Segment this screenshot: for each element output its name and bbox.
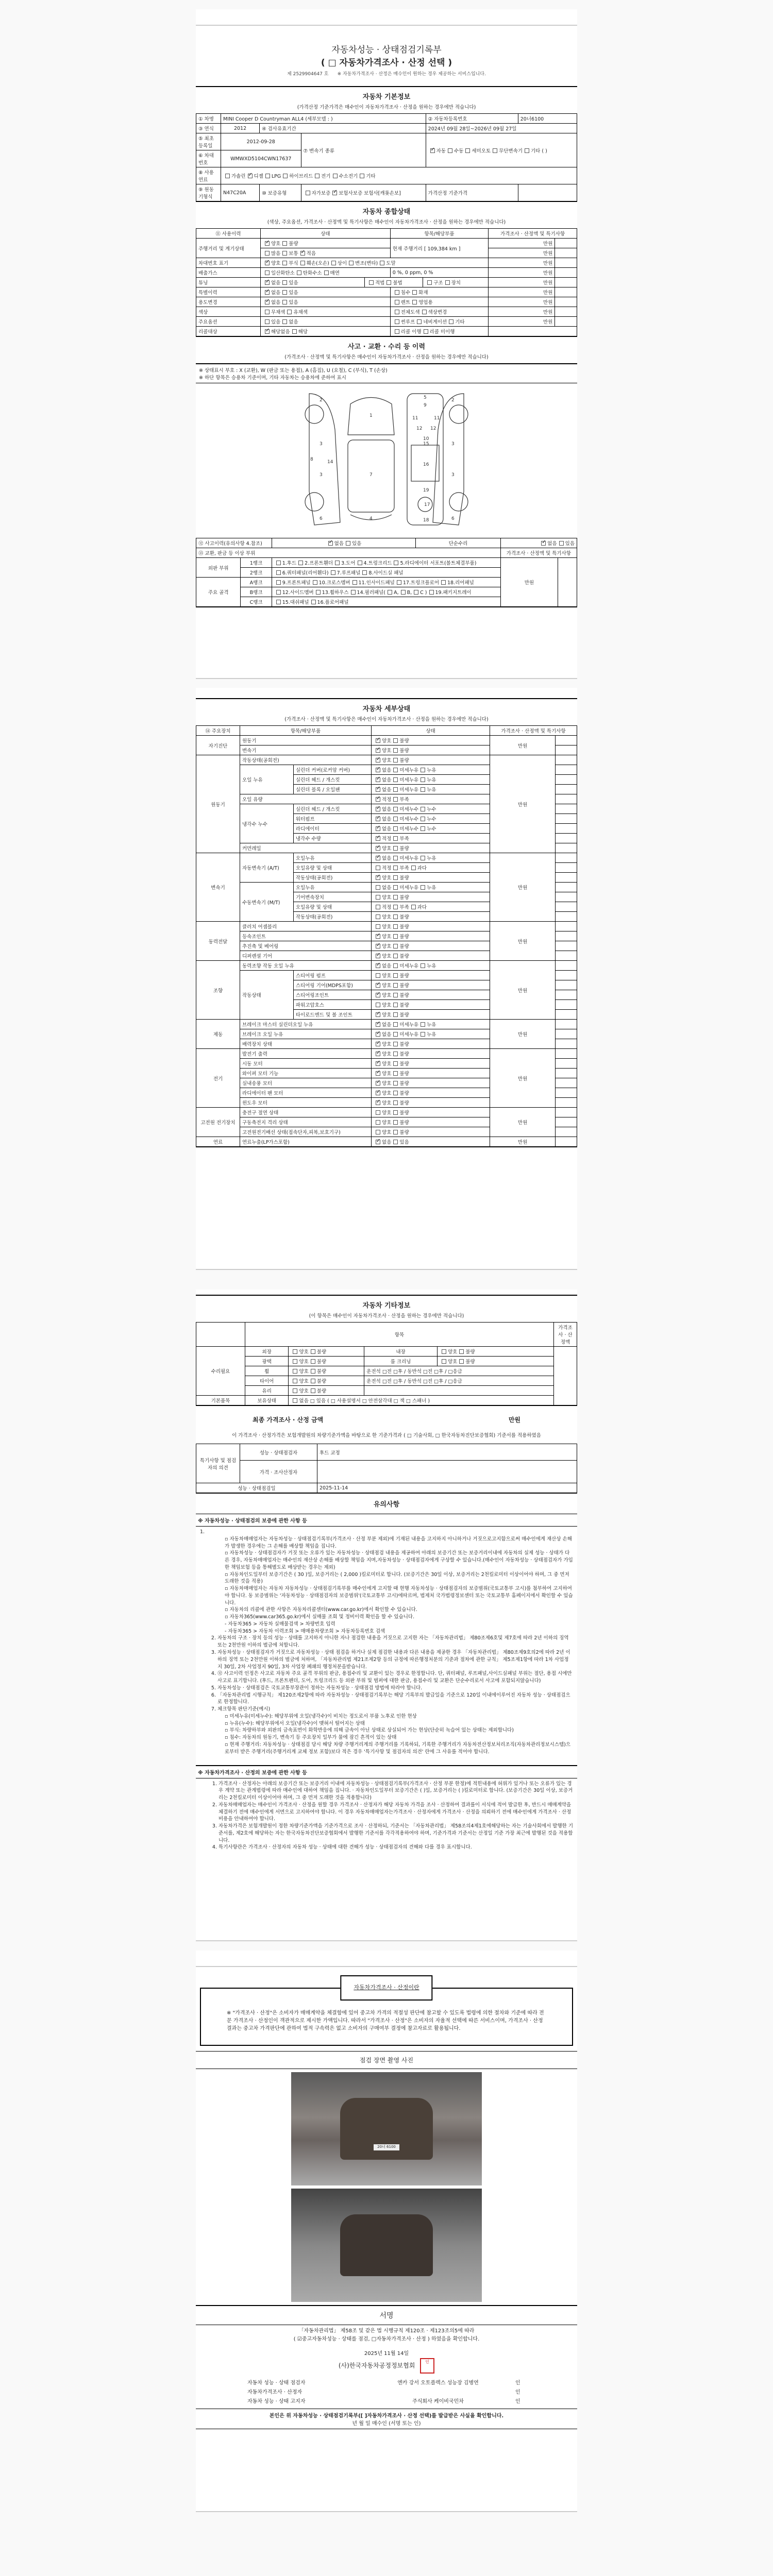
checkbox[interactable] — [331, 261, 336, 265]
price-note — [556, 736, 577, 745]
option-label: 불량 — [465, 1359, 475, 1365]
checkbox[interactable] — [352, 580, 357, 585]
checkbox[interactable] — [282, 290, 287, 295]
table-row: 전기발전기 출력양호불량만원 — [196, 1049, 577, 1059]
checkbox[interactable] — [311, 1349, 315, 1354]
checkbox[interactable] — [282, 319, 287, 324]
option-label: 장치 — [451, 280, 461, 286]
checkbox[interactable] — [376, 895, 380, 900]
checkbox-checked[interactable] — [541, 541, 546, 546]
checkbox-checked[interactable] — [376, 758, 380, 762]
checkbox[interactable] — [393, 983, 398, 988]
checkbox[interactable] — [293, 1398, 297, 1403]
option-label: 부식 — [289, 261, 298, 266]
checkbox-checked[interactable] — [376, 846, 380, 851]
cell: 양호불량 — [372, 1069, 490, 1078]
price-note — [556, 853, 577, 863]
list-item: 자동차매매업자는 매수인이 가격조사 · 산정을 원할 경우 가격조사 · 산정… — [219, 1802, 573, 1823]
checkbox[interactable] — [393, 1042, 398, 1046]
checkbox[interactable] — [393, 1032, 398, 1037]
caution-item-1-bullets: 자동차매매업자는 자동차성능 · 상태점검기록부(가격조사 · 산정 부분 제외… — [215, 1536, 573, 1635]
checkbox[interactable] — [351, 590, 356, 595]
final-price-label: 최종 가격조사 · 산정 금액 — [253, 1415, 323, 1424]
checkbox[interactable] — [421, 768, 425, 772]
checkbox[interactable] — [282, 261, 287, 265]
status-symbol-note: ※ 상태표시 부호 : X (교환), W (판금 또는 용접), A (흠집)… — [199, 366, 574, 374]
checkbox[interactable] — [315, 174, 320, 178]
checkbox[interactable] — [293, 1349, 297, 1354]
checkbox[interactable] — [395, 329, 399, 334]
item-label: 동력조향 작동 오일 누유 — [240, 961, 372, 971]
accident-sub: (가격조사 · 산정액 및 특기사항은 매수인이 자동차가격조사 · 산정을 원… — [196, 351, 577, 363]
group-label: 연료 — [196, 1137, 240, 1147]
detail-header: 가격조사 · 산정액 및 특기사항 — [490, 726, 577, 736]
checkbox[interactable] — [393, 738, 398, 743]
checkbox[interactable] — [276, 570, 281, 575]
checkbox[interactable] — [292, 329, 297, 334]
checkbox-checked[interactable] — [376, 1032, 380, 1037]
checkbox-checked[interactable] — [376, 983, 380, 988]
checkbox-checked[interactable] — [376, 738, 380, 743]
list-item: 자동차인도일부터 보증기간은 ( 30 )일, 보증거리는 ( 2,000 )킬… — [225, 1571, 573, 1586]
checkbox[interactable] — [393, 1012, 398, 1017]
checkbox[interactable] — [311, 1359, 315, 1364]
cell: 없음미세누유누유 — [372, 853, 490, 863]
cell: 없음있음 — [372, 1137, 490, 1147]
checkbox-checked[interactable] — [265, 300, 270, 304]
checkbox[interactable] — [414, 590, 418, 595]
checkbox[interactable] — [313, 580, 317, 585]
checkbox[interactable] — [293, 1369, 297, 1374]
checkbox-checked[interactable] — [265, 241, 270, 246]
checkbox-checked[interactable] — [376, 944, 380, 948]
checkbox[interactable] — [311, 600, 316, 604]
checkbox-checked[interactable] — [376, 954, 380, 958]
cell: 양호불량 — [289, 1347, 364, 1357]
checkbox[interactable] — [427, 280, 432, 285]
checkbox[interactable] — [362, 570, 367, 575]
table-row: 리콜대상해당없음해당리콜 이행리콜 미이행 — [196, 327, 577, 337]
outer-panel-label: 외판 부위 — [196, 558, 241, 578]
cell: 적정부족 — [372, 834, 490, 843]
checkbox[interactable] — [421, 817, 425, 821]
checkbox[interactable] — [393, 797, 398, 802]
price-unit: 만원 — [490, 736, 556, 755]
cell: 양호불량 — [372, 1117, 490, 1127]
checkbox[interactable] — [393, 758, 398, 762]
checkbox-checked[interactable] — [430, 148, 435, 153]
checkbox-checked[interactable] — [376, 1100, 380, 1105]
checkbox-checked[interactable] — [376, 993, 380, 997]
item-label: 와이퍼 모터 기능 — [240, 1069, 372, 1078]
checkbox-checked[interactable] — [376, 1042, 380, 1046]
checkbox[interactable] — [393, 905, 398, 909]
checkbox-checked[interactable] — [376, 1071, 380, 1076]
checkbox[interactable] — [358, 561, 362, 565]
checkbox[interactable] — [393, 1022, 398, 1027]
remarks-label: 특기사항 및 점검자의 의견 — [196, 1444, 240, 1483]
checkbox[interactable] — [393, 993, 398, 997]
checkbox[interactable] — [265, 174, 270, 178]
option-label: 14.필러패널( — [357, 590, 386, 596]
checkbox[interactable] — [376, 1003, 380, 1007]
checkbox[interactable] — [442, 1349, 446, 1354]
option-label: 보험사보증 보험사[캐롯손보] — [339, 191, 401, 196]
checkbox[interactable] — [324, 270, 329, 275]
sub-item-label: 오일유량 및 상태 — [293, 902, 371, 912]
checkbox[interactable] — [311, 1379, 315, 1383]
checkbox-checked[interactable] — [376, 934, 380, 939]
checkbox[interactable] — [448, 148, 452, 153]
item-label: 커먼레일 — [240, 843, 372, 853]
checkbox[interactable] — [393, 1071, 398, 1076]
item-label: 휠 — [245, 1366, 289, 1376]
option-label: 많음 — [271, 251, 280, 257]
base-price-label: 가격산정 기준가격 — [426, 184, 518, 202]
price-note — [556, 1059, 577, 1069]
option-label: 미세누수 — [399, 817, 418, 822]
checkbox[interactable] — [393, 1003, 398, 1007]
option-label: 양호 — [271, 241, 280, 247]
overall-header: 상태 — [260, 229, 390, 239]
checkbox[interactable] — [421, 826, 425, 831]
option-label: 불량 — [399, 954, 409, 959]
basic-info-title: 자동차 기본정보 — [196, 86, 577, 101]
checkbox[interactable] — [293, 1379, 297, 1383]
checkbox[interactable] — [376, 905, 380, 909]
option-label: 1.후드 — [282, 561, 296, 566]
checkbox[interactable] — [411, 905, 416, 909]
checkbox[interactable] — [393, 866, 398, 870]
checkbox-checked[interactable] — [265, 280, 270, 285]
checkbox[interactable] — [421, 963, 425, 968]
option-label: 양호 — [382, 1081, 391, 1087]
price-unit: 만원 — [490, 1020, 556, 1049]
checkbox-checked[interactable] — [376, 817, 380, 821]
option-label: 해당없음 — [271, 329, 290, 335]
cell: 양호불량 — [372, 951, 490, 961]
checkbox[interactable] — [395, 300, 399, 304]
checkbox[interactable] — [282, 300, 287, 304]
checkbox[interactable] — [429, 590, 434, 595]
option-label: 불량 — [399, 973, 409, 979]
checkbox[interactable] — [276, 580, 281, 585]
checkbox[interactable] — [393, 1100, 398, 1105]
checkbox[interactable] — [393, 934, 398, 939]
checkbox[interactable] — [421, 1022, 425, 1027]
cell: 양호불량 — [289, 1376, 364, 1386]
checkbox[interactable] — [282, 241, 287, 246]
checkbox[interactable] — [265, 251, 270, 256]
option-label: 15.대쉬패널 — [282, 600, 309, 605]
checkbox[interactable] — [421, 885, 425, 890]
option-label: 양호 — [382, 895, 391, 901]
option-label: 누유 — [427, 963, 436, 969]
checkbox[interactable] — [393, 914, 398, 919]
checkbox[interactable] — [393, 846, 398, 851]
checkbox[interactable] — [422, 310, 427, 314]
option-label: 불량 — [399, 738, 409, 744]
item-label: 내장 — [364, 1347, 438, 1357]
checkbox[interactable] — [493, 148, 497, 153]
signer-role: 자동차 성능 · 상태 점검자 — [247, 2379, 361, 2388]
option-label: 유채색 — [293, 310, 308, 315]
checkbox[interactable] — [449, 319, 453, 324]
checkbox[interactable] — [369, 280, 374, 285]
checkbox-checked[interactable] — [328, 541, 333, 546]
checkbox-checked[interactable] — [376, 748, 380, 753]
checkbox[interactable] — [376, 885, 380, 890]
checkbox-checked[interactable] — [376, 797, 380, 802]
option-label: 불량 — [399, 758, 409, 764]
checkbox[interactable] — [376, 973, 380, 978]
checkbox[interactable] — [395, 310, 399, 314]
checkbox-checked[interactable] — [265, 261, 270, 265]
checkbox[interactable] — [297, 270, 301, 275]
checkbox[interactable] — [395, 290, 399, 295]
rank-label: 2랭크 — [241, 568, 272, 578]
checkbox[interactable] — [282, 280, 287, 285]
checkbox-checked[interactable] — [376, 875, 380, 880]
sub-item-label: 오일누유 — [293, 883, 371, 892]
checkbox[interactable] — [441, 580, 446, 585]
checkbox[interactable] — [376, 914, 380, 919]
cell — [364, 1386, 554, 1396]
option-label: 있음 — [289, 280, 298, 286]
checkbox[interactable] — [265, 319, 270, 324]
checkbox-checked[interactable] — [376, 807, 380, 811]
option-label: 11.인사이드패널 — [359, 580, 395, 586]
checkbox[interactable] — [393, 944, 398, 948]
checkbox[interactable] — [225, 174, 230, 178]
checkbox-checked[interactable] — [376, 1022, 380, 1027]
checkbox-checked[interactable] — [376, 856, 380, 860]
price-unit: 만원 — [489, 268, 555, 278]
checkbox[interactable] — [287, 310, 292, 314]
checkbox[interactable] — [386, 280, 391, 285]
checkbox[interactable] — [335, 561, 340, 565]
checkbox[interactable] — [393, 1140, 398, 1144]
checkbox-checked[interactable] — [376, 1091, 380, 1095]
checkbox-checked[interactable] — [376, 1012, 380, 1017]
checkbox[interactable] — [393, 748, 398, 753]
option-label: 없음 — [382, 1022, 391, 1028]
checkbox[interactable] — [421, 807, 425, 811]
option-label: B, — [407, 590, 412, 596]
option-label: 있음 — [399, 1140, 409, 1145]
checkbox[interactable] — [393, 1081, 398, 1086]
checkbox[interactable] — [311, 1369, 315, 1374]
item-label: 변속기 — [240, 745, 372, 755]
checkbox[interactable] — [401, 590, 406, 595]
option-label: 양호 — [382, 944, 391, 950]
option-label: 불량 — [399, 914, 409, 920]
checkbox[interactable] — [393, 895, 398, 900]
checkbox[interactable] — [376, 924, 380, 929]
checkbox[interactable] — [393, 826, 398, 831]
cell: 1.후드2.프론트휀더3.도어4.트렁크리드5.라디에이터 서포트(볼트체결부품… — [272, 558, 500, 568]
checkbox[interactable] — [417, 319, 422, 324]
checkbox[interactable] — [376, 1120, 380, 1125]
checkbox-checked[interactable] — [332, 191, 337, 195]
checkbox[interactable] — [459, 1359, 464, 1364]
checkbox[interactable] — [411, 866, 416, 870]
checkbox[interactable] — [393, 963, 398, 968]
checkbox[interactable] — [412, 300, 417, 304]
checkbox[interactable] — [459, 1349, 464, 1354]
checkbox[interactable] — [293, 1388, 297, 1393]
checkbox[interactable] — [388, 590, 392, 595]
checkbox[interactable] — [393, 1061, 398, 1066]
checkbox[interactable] — [393, 954, 398, 958]
checkbox-checked[interactable] — [300, 251, 305, 256]
checkbox[interactable] — [393, 1110, 398, 1115]
basic-items-label: 기본품목 — [196, 1396, 245, 1406]
checkbox[interactable] — [393, 787, 398, 792]
item-label: 클러치 어셈블리 — [240, 922, 372, 931]
option-label: 화재 — [418, 290, 428, 296]
checkbox[interactable] — [421, 777, 425, 782]
option-label: 도말 — [386, 261, 395, 266]
checkbox[interactable] — [293, 1359, 297, 1364]
checkbox[interactable] — [282, 251, 287, 256]
cell: 없음미세누유누유 — [372, 775, 490, 785]
checkbox[interactable] — [393, 885, 398, 890]
signer-name: 엔카 강서 오토플렉스 성능장 김병연 — [361, 2379, 515, 2388]
row-label: 주행거리 및 계기상태 — [196, 239, 261, 258]
checkbox[interactable] — [393, 1120, 398, 1125]
checkbox[interactable] — [465, 148, 470, 153]
checkbox[interactable] — [311, 1388, 315, 1393]
signer-role: 자동차 성능 · 상태 고지자 — [247, 2397, 361, 2406]
checkbox[interactable] — [412, 290, 417, 295]
checkbox[interactable] — [421, 856, 425, 860]
checkbox[interactable] — [276, 590, 281, 595]
checkbox-checked[interactable] — [376, 768, 380, 772]
checkbox[interactable] — [395, 319, 399, 324]
option-label: 불량 — [399, 1100, 409, 1106]
checkbox-checked[interactable] — [376, 826, 380, 831]
checkbox[interactable] — [393, 875, 398, 880]
cell: 없음미세누유누유 — [372, 883, 490, 892]
option-label: 불량 — [399, 1081, 409, 1087]
checkbox-checked[interactable] — [265, 329, 270, 334]
checkbox[interactable] — [424, 329, 428, 334]
option-label: 양호 — [299, 1369, 308, 1375]
checkbox-checked[interactable] — [376, 1061, 380, 1066]
damaged-parts-label: ⑬ 교환, 판금 등 이상 부위 — [196, 548, 501, 558]
checkbox[interactable] — [393, 856, 398, 860]
option-label: 기타 ( ) — [531, 148, 547, 154]
checkbox[interactable] — [393, 768, 398, 772]
checkbox[interactable] — [393, 1091, 398, 1095]
price-note — [556, 1069, 577, 1078]
checkbox[interactable] — [559, 541, 564, 546]
checkbox-checked[interactable] — [376, 1052, 380, 1056]
checkbox[interactable] — [394, 561, 398, 565]
receipt-confirmation: 본인은 위 자동차성능 · 상태점검기록부([ ]자동차가격조사 · 산정 선택… — [196, 2411, 577, 2419]
list-item: 「자동차관리법 시행규칙」 제120조제2항에 따라 자동차성능 · 상태점검기… — [217, 1692, 573, 1706]
checkbox[interactable] — [442, 1359, 446, 1364]
cell: 양호불량 — [372, 1059, 490, 1069]
checkbox[interactable] — [421, 1032, 425, 1037]
option-label: 과다 — [417, 905, 427, 910]
checkbox-checked[interactable] — [376, 1081, 380, 1086]
other-header-item: 항목 — [245, 1323, 554, 1347]
cell: 해당없음해당 — [260, 327, 390, 337]
checkbox[interactable] — [445, 280, 450, 285]
checkbox[interactable] — [393, 973, 398, 978]
checkbox-checked[interactable] — [376, 836, 380, 841]
checkbox[interactable] — [298, 561, 303, 565]
option-label: 부족 — [399, 836, 409, 842]
option-label: 양호 — [382, 1110, 391, 1116]
checkbox[interactable] — [265, 270, 270, 275]
option-label: 불량 — [317, 1388, 326, 1394]
checkbox-checked[interactable] — [376, 777, 380, 782]
table-row: 주행거리 및 계기상태양호불량현재 주행거리 [ 109,384 km ]만원 — [196, 239, 577, 248]
checkbox-checked[interactable] — [376, 963, 380, 968]
checkbox[interactable] — [393, 1052, 398, 1056]
checkbox[interactable] — [421, 787, 425, 792]
base-price — [518, 184, 577, 202]
other-title: 자동차 기타정보 — [196, 1295, 577, 1310]
cell: 리콜 이행리콜 미이행 — [390, 327, 488, 337]
option-label: 미세누수 — [399, 826, 418, 832]
checkbox[interactable] — [283, 174, 288, 178]
checkbox[interactable] — [331, 570, 335, 575]
checkbox[interactable] — [376, 1130, 380, 1134]
checkbox[interactable] — [376, 866, 380, 870]
svg-text:2: 2 — [320, 398, 323, 403]
accident-notes: ※ 상태표시 부호 : X (교환), W (판금 또는 용접), A (흠집)… — [196, 363, 577, 383]
cell: 양호불량 — [372, 1078, 490, 1088]
checkbox[interactable] — [376, 1110, 380, 1115]
checkbox[interactable] — [333, 174, 338, 178]
checkbox[interactable] — [393, 817, 398, 821]
checkbox[interactable] — [393, 1130, 398, 1134]
accident-table: ⑫ 사고이력(유의사항 4.참조) 없음있음 단순수리 없음있음 ⑬ 교환, 판… — [196, 538, 577, 607]
checkbox[interactable] — [380, 261, 384, 265]
overall-header: 가격조사 · 산정액 및 특기사항 — [489, 229, 577, 239]
checkbox[interactable] — [393, 836, 398, 841]
item-label: 라디에이터 팬 모터 — [240, 1088, 372, 1098]
checkbox-checked[interactable] — [265, 290, 270, 295]
checkbox-checked[interactable] — [376, 1140, 380, 1144]
checkbox-checked[interactable] — [376, 787, 380, 792]
checkbox[interactable] — [397, 580, 401, 585]
checkbox[interactable] — [276, 600, 281, 604]
checkbox[interactable] — [349, 261, 354, 265]
checkbox[interactable] — [265, 310, 270, 314]
checkbox-checked[interactable] — [248, 174, 253, 178]
position-options: 운전석 □전 □후 / 동반석 □전 □후 / □응급 — [364, 1366, 554, 1376]
checkbox[interactable] — [393, 807, 398, 811]
cell: 양호불량 — [437, 1347, 553, 1357]
checkbox[interactable] — [306, 191, 310, 195]
checkbox[interactable] — [393, 777, 398, 782]
checkbox[interactable] — [525, 148, 529, 153]
cell: 양호불량 — [372, 912, 490, 922]
checkbox[interactable] — [360, 174, 364, 178]
checkbox[interactable] — [300, 261, 305, 265]
price-note — [556, 990, 577, 1000]
warranty-options: 자가보증보험사보증 보험사[캐롯손보] — [301, 184, 426, 202]
checkbox[interactable] — [276, 561, 281, 565]
checkbox[interactable] — [393, 924, 398, 929]
checkbox[interactable] — [316, 590, 321, 595]
checkbox[interactable] — [346, 541, 350, 546]
